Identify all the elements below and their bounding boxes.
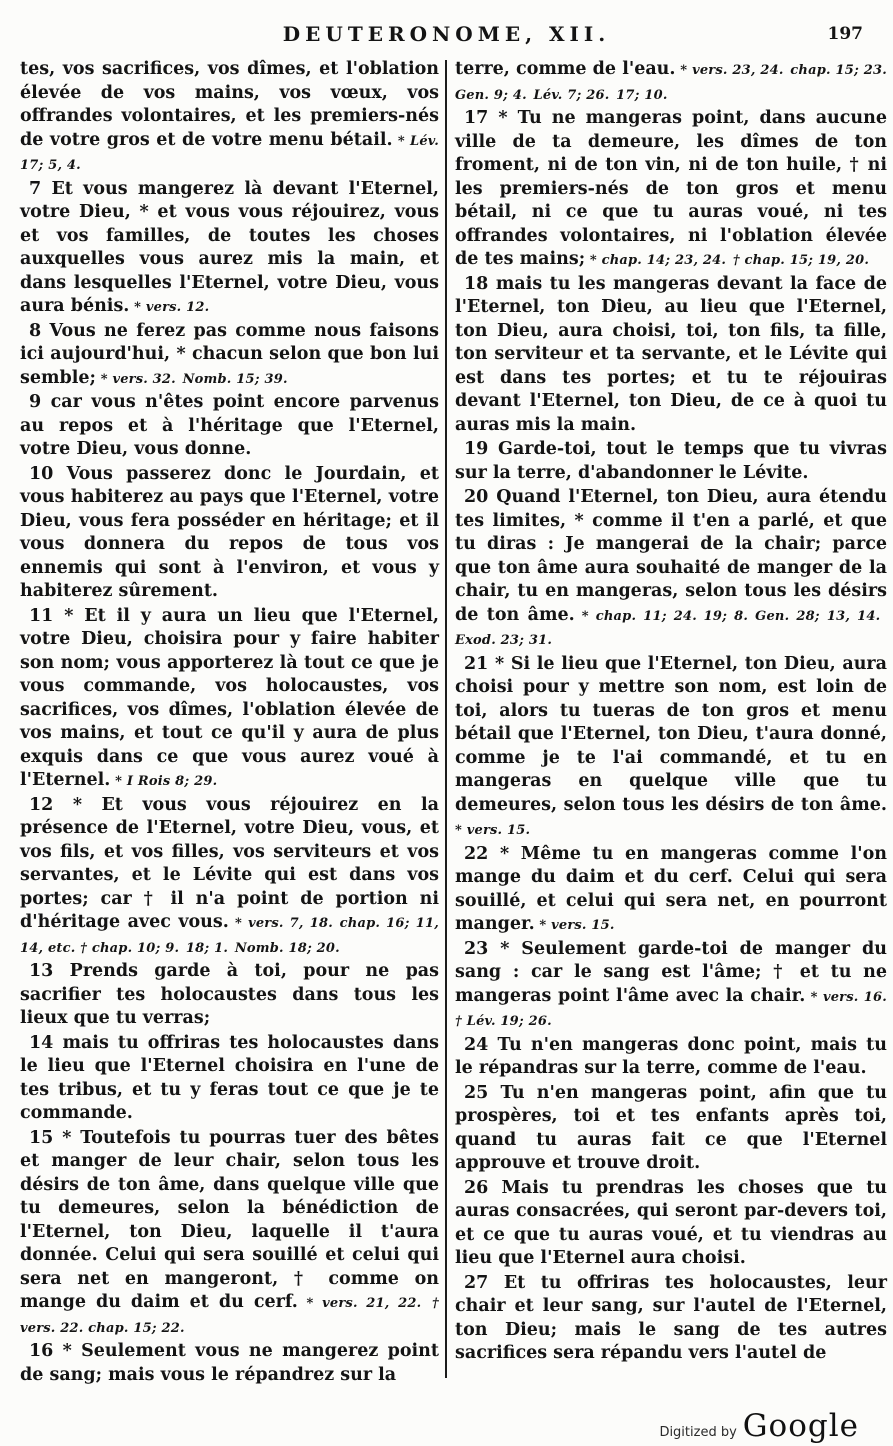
verse-paragraph: 24 Tu n'en mangeras donc point, mais tu …	[455, 1034, 887, 1082]
verse-paragraph: 13 Prends garde à toi, pour ne pas sacri…	[20, 960, 439, 1032]
verse-paragraph: 22 * Même tu en mangeras comme l'on mang…	[455, 843, 887, 938]
verse-paragraph: 21 * Si le lieu que l'Eternel, ton Dieu,…	[455, 653, 887, 843]
verse-paragraph: 10 Vous passerez donc le Jourdain, et vo…	[20, 463, 439, 605]
verse-text: 14 mais tu offriras tes holocaustes dans…	[20, 1033, 439, 1124]
verse-text: 16 * Seulement vous ne mangerez point de…	[20, 1341, 439, 1385]
digitized-by-label: Digitized by	[659, 1425, 736, 1440]
running-title: DEUTERONOME, XII.	[0, 16, 893, 46]
verse-text: 11 * Et il y aura un lieu que l'Eternel,…	[20, 606, 439, 791]
verse-text: 18 mais tu les mangeras devant la face d…	[455, 274, 887, 435]
verse-text: 27 Et tu offriras tes holocaustes, leur …	[455, 1273, 887, 1364]
verse-text: 7 Et vous mangerez là devant l'Eternel, …	[20, 179, 439, 317]
verse-paragraph: 8 Vous ne ferez pas comme nous faisons i…	[20, 320, 439, 392]
verse-text: 15 * Toutefois tu pourras tuer des bêtes…	[20, 1128, 439, 1313]
verse-refs: * chap. 14; 23, 24. † chap. 15; 19, 20.	[585, 253, 869, 268]
verse-paragraph: 14 mais tu offriras tes holocaustes dans…	[20, 1032, 439, 1127]
verse-text: 13 Prends garde à toi, pour ne pas sacri…	[20, 961, 439, 1028]
verse-refs: * I Rois 8; 29.	[110, 774, 217, 789]
google-logo: Google	[743, 1408, 859, 1444]
verse-paragraph: 20 Quand l'Eternel, ton Dieu, aura étend…	[455, 486, 887, 653]
verse-paragraph: tes, vos sacrifices, vos dîmes, et l'obl…	[20, 58, 439, 178]
verse-text: 21 * Si le lieu que l'Eternel, ton Dieu,…	[455, 654, 887, 815]
verse-paragraph: terre, comme de l'eau.* vers. 23, 24. ch…	[455, 58, 887, 107]
verse-paragraph: 11 * Et il y aura un lieu que l'Eternel,…	[20, 605, 439, 794]
column-divider-rule	[445, 60, 447, 1378]
right-column: terre, comme de l'eau.* vers. 23, 24. ch…	[455, 58, 887, 1388]
left-column: tes, vos sacrifices, vos dîmes, et l'obl…	[20, 58, 439, 1388]
verse-refs: * vers. 12.	[129, 300, 209, 315]
verse-paragraph: 12 * Et vous vous réjouirez en la présen…	[20, 794, 439, 961]
verse-refs: * vers. 15.	[455, 823, 530, 838]
verse-paragraph: 25 Tu n'en mangeras point, afin que tu p…	[455, 1082, 887, 1177]
verse-paragraph: 15 * Toutefois tu pourras tuer des bêtes…	[20, 1127, 439, 1341]
verse-text: 9 car vous n'êtes point encore parvenus …	[20, 392, 439, 459]
verse-refs: * vers. 15.	[535, 918, 615, 933]
verse-paragraph: 17 * Tu ne mangeras point, dans aucune v…	[455, 107, 887, 273]
verse-text: tes, vos sacrifices, vos dîmes, et l'obl…	[20, 59, 439, 150]
verse-paragraph: 9 car vous n'êtes point encore parvenus …	[20, 391, 439, 463]
verse-text: 26 Mais tu prendras les choses que tu au…	[455, 1178, 887, 1269]
verse-text: 24 Tu n'en mangeras donc point, mais tu …	[455, 1035, 887, 1079]
verse-refs: * vers. 32. Nomb. 15; 39.	[96, 372, 288, 387]
verse-text: 19 Garde-toi, tout le temps que tu vivra…	[455, 439, 887, 483]
verse-paragraph: 7 Et vous mangerez là devant l'Eternel, …	[20, 178, 439, 320]
verse-paragraph: 19 Garde-toi, tout le temps que tu vivra…	[455, 438, 887, 486]
verse-text: 25 Tu n'en mangeras point, afin que tu p…	[455, 1083, 887, 1174]
verse-paragraph: 23 * Seulement garde-toi de manger du sa…	[455, 938, 887, 1034]
scanned-book-page: DEUTERONOME, XII. 197 tes, vos sacrifice…	[0, 0, 893, 1388]
verse-text: 10 Vous passerez donc le Jourdain, et vo…	[20, 464, 439, 602]
verse-paragraph: 18 mais tu les mangeras devant la face d…	[455, 273, 887, 439]
google-books-watermark: Digitized by Google	[659, 1408, 859, 1444]
verse-text: 17 * Tu ne mangeras point, dans aucune v…	[455, 108, 887, 269]
verse-text: 22 * Même tu en mangeras comme l'on mang…	[455, 844, 887, 935]
verse-text: 20 Quand l'Eternel, ton Dieu, aura étend…	[455, 487, 887, 625]
page-number: 197	[828, 24, 864, 44]
verse-paragraph: 26 Mais tu prendras les choses que tu au…	[455, 1177, 887, 1272]
verse-paragraph: 16 * Seulement vous ne mangerez point de…	[20, 1340, 439, 1388]
verse-text: terre, comme de l'eau.	[455, 59, 676, 79]
page-header: DEUTERONOME, XII. 197	[0, 16, 893, 58]
verse-paragraph: 27 Et tu offriras tes holocaustes, leur …	[455, 1272, 887, 1367]
text-columns: tes, vos sacrifices, vos dîmes, et l'obl…	[0, 58, 893, 1388]
verse-text: 12 * Et vous vous réjouirez en la présen…	[20, 795, 439, 933]
